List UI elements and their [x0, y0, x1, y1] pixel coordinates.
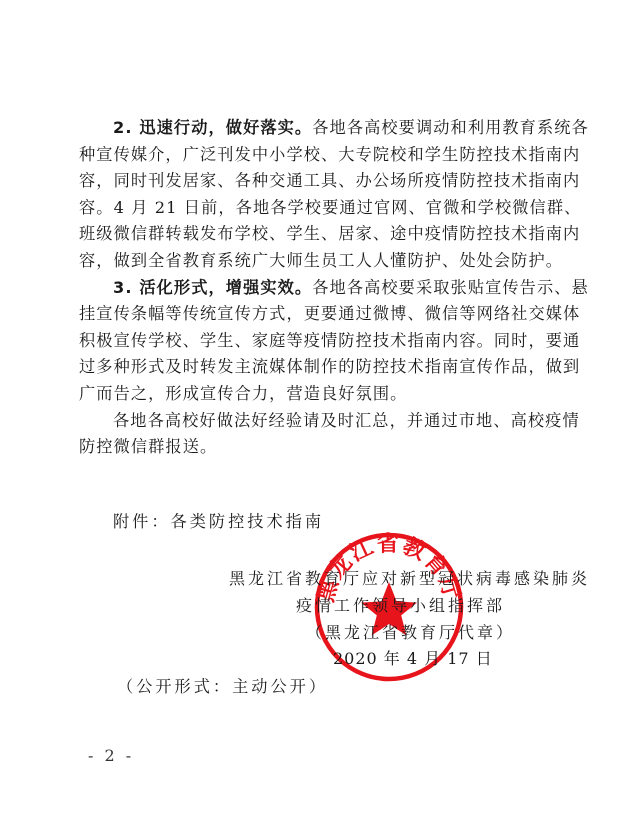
section2-heading: 2. 迅速行动，做好落实。: [113, 118, 312, 137]
closing-line-2: 防控微信群报送。: [79, 434, 559, 461]
section3-line-2: 挂宣传条幅等传统宣传方式，更要通过微博、微信等网络社交媒体: [79, 301, 559, 328]
section2-line-6: 容，做到全省教育系统广大师生员工人人懂防护、处处会防护。: [79, 248, 559, 275]
section2-line-2: 种宣传媒介，广泛刊发中小学校、大专院校和学生防控技术指南内: [79, 142, 559, 169]
section3-line-3: 积极宣传学校、学生、家庭等疫情防控技术指南内容。同时，要通: [79, 328, 559, 355]
section2-line-1: 2. 迅速行动，做好落实。各地各高校要调动和利用教育系统各: [113, 115, 559, 142]
signature-org-line1: 黑龙江省教育厅应对新型冠状病毒感染肺炎: [229, 566, 590, 589]
section3-line-1: 3. 活化形式，增强实效。各地各高校要采取张贴宣传告示、悬: [113, 275, 559, 302]
closing-line-1: 各地各高校好做法好经验请及时汇总，并通过市地、高校疫情: [113, 408, 559, 435]
section3-heading: 3. 活化形式，增强实效。: [113, 278, 312, 297]
signature-seal-note: （黑龙江省教育厅代章）: [306, 620, 515, 643]
signature-org-line2: 疫情工作领导小组指挥部: [296, 593, 505, 616]
page-number: - 2 -: [88, 746, 134, 765]
section3-line-5: 广而告之，形成宣传合力，营造良好氛围。: [79, 381, 559, 408]
section3-line-4: 过多种形式及时转发主流媒体制作的防控技术指南宣传作品，做到: [79, 354, 559, 381]
section2-line-5: 班级微信群转载发布学校、学生、居家、途中疫情防控技术指南内: [79, 221, 559, 248]
section2-line-4: 容。4 月 21 日前，各地各学校要通过官网、官微和学校微信群、: [79, 195, 559, 222]
signature-date: 2020 年 4 月 17 日: [333, 646, 493, 669]
section2-line-3: 容，同时刊发居家、各种交通工具、办公场所疫情防控技术指南内: [79, 168, 559, 195]
